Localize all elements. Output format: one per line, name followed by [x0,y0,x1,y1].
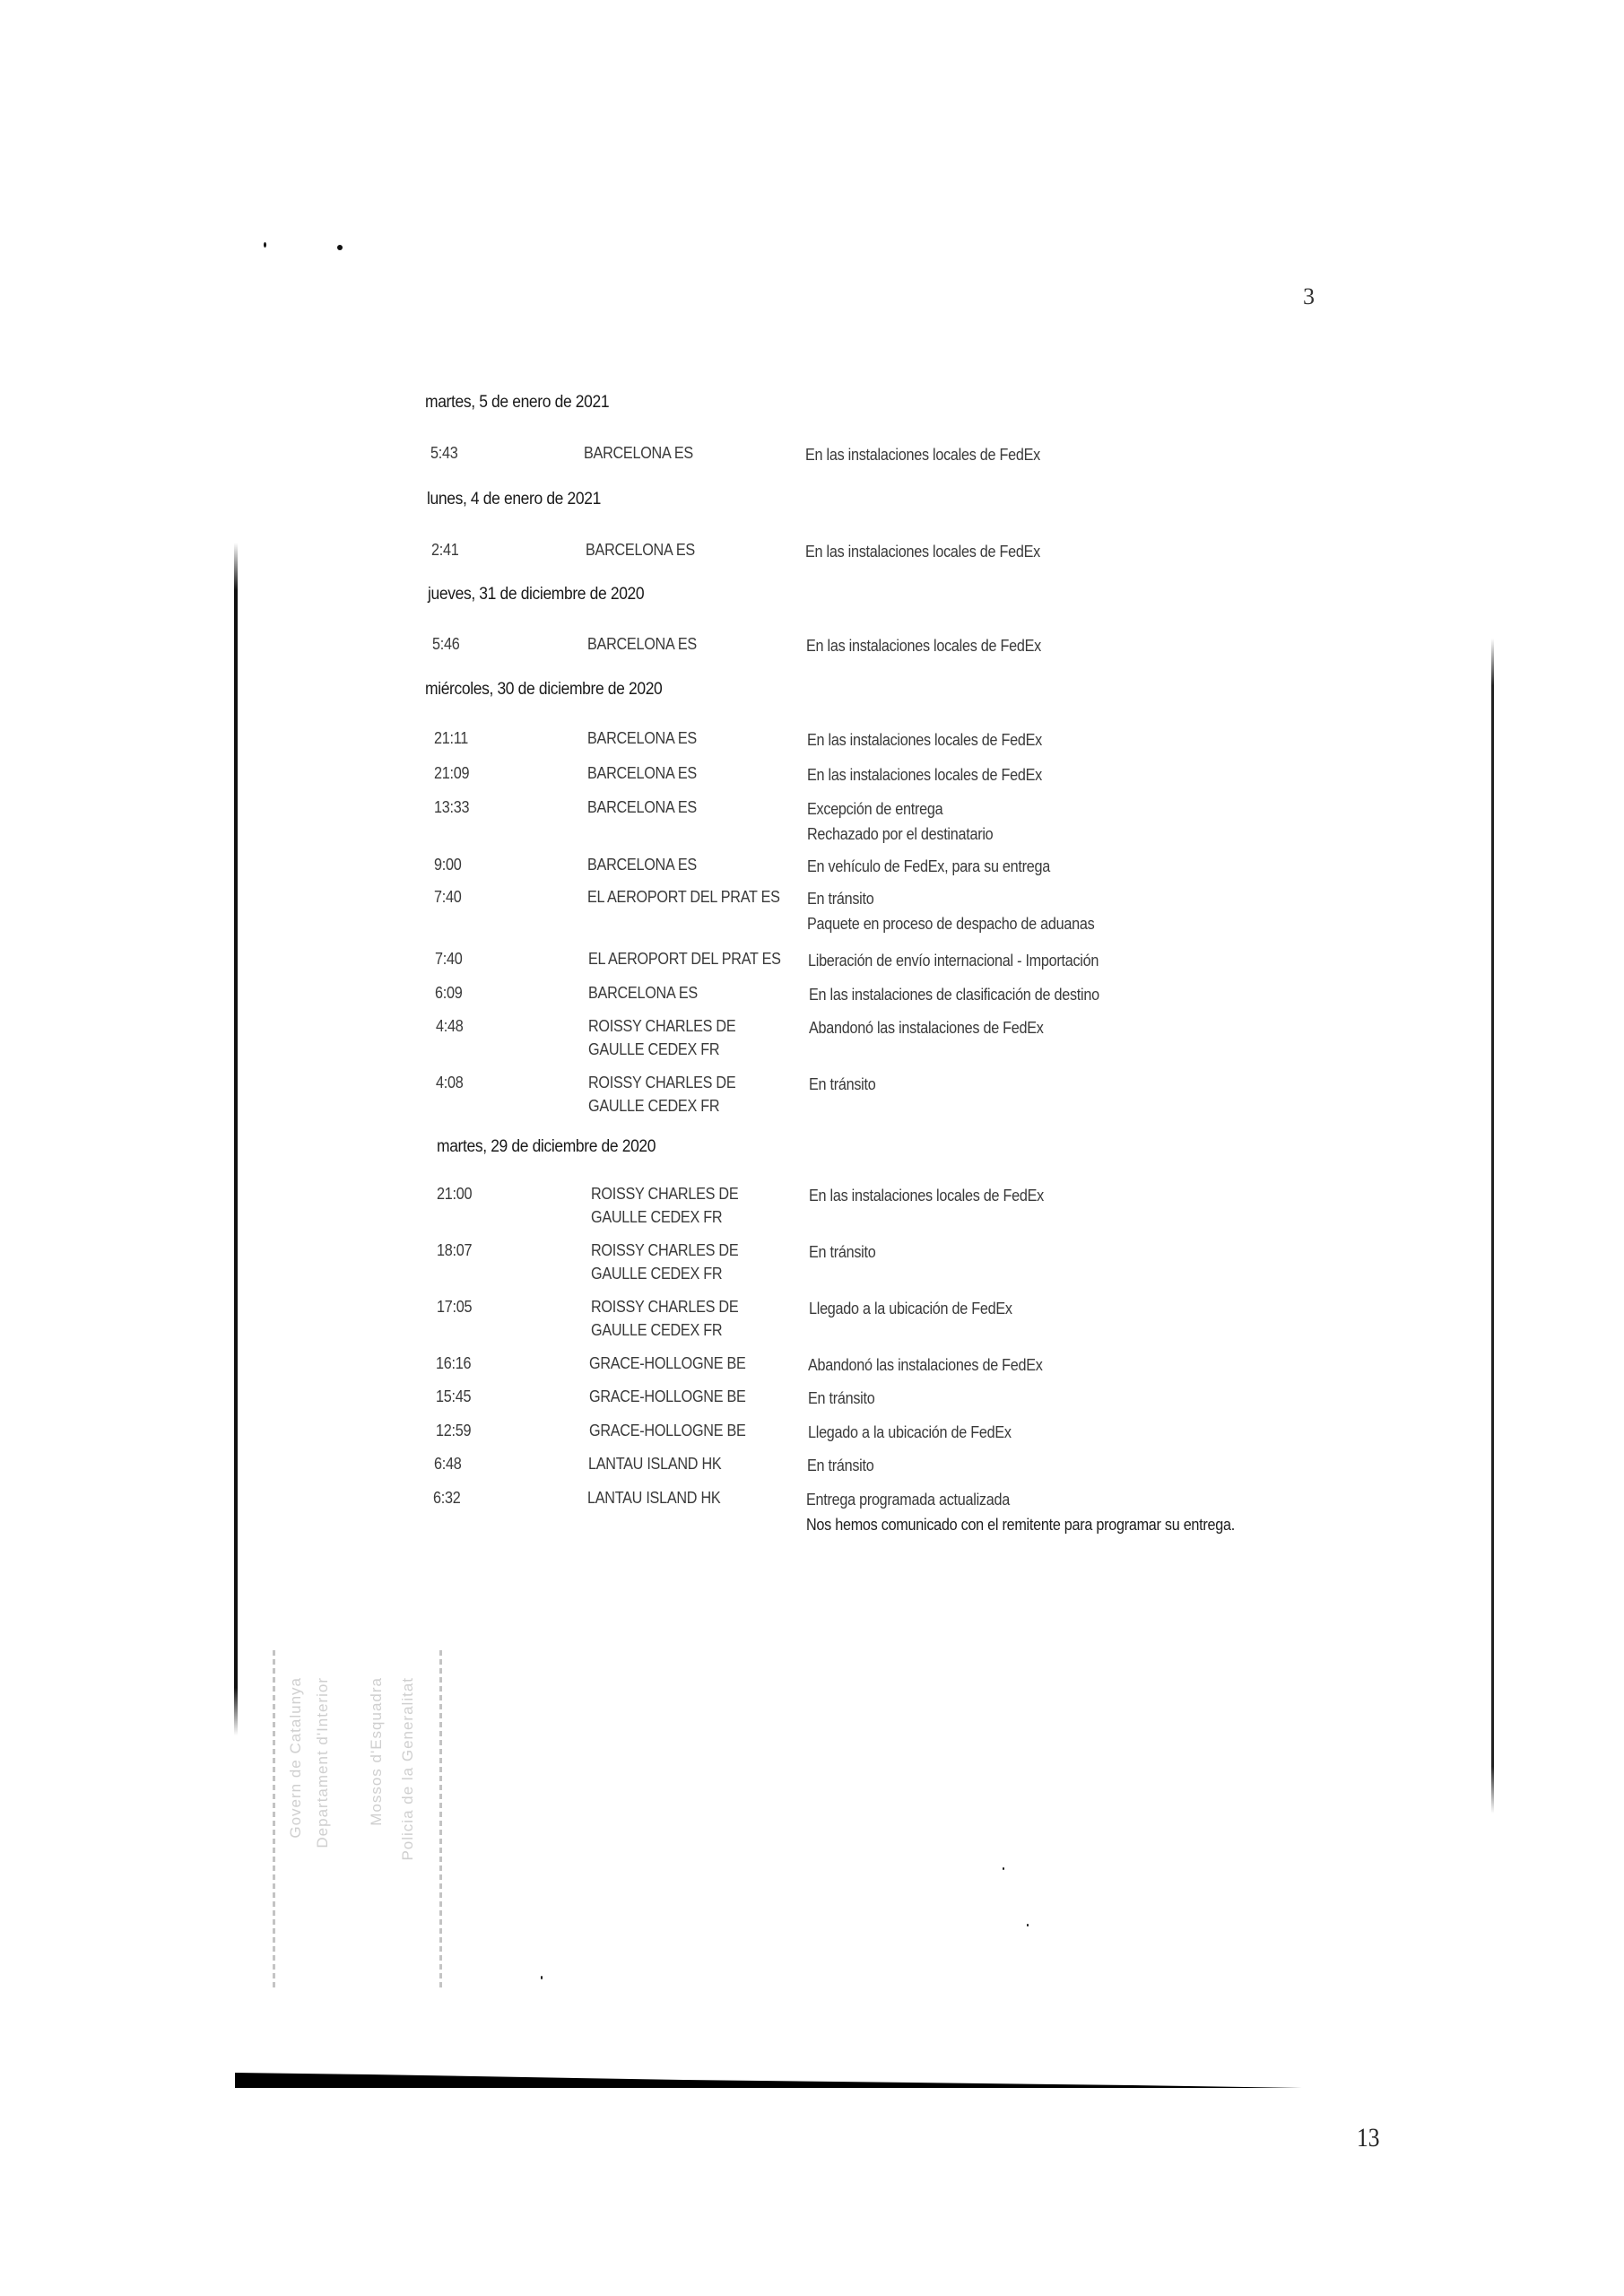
event-location: EL AEROPORT DEL PRAT ES [587,885,780,909]
event-time: 6:48 [434,1452,461,1475]
event-status: En las instalaciones locales de FedEx [807,728,1042,752]
event-location: BARCELONA ES [587,853,697,876]
event-time: 17:05 [437,1295,472,1318]
event-status: En tránsito [807,887,873,910]
date-heading: martes, 29 de diciembre de 2020 [437,1137,656,1157]
scan-speck [541,1976,543,1979]
event-time: 6:09 [435,981,462,1004]
event-status: En tránsito [808,1387,874,1410]
event-location: EL AEROPORT DEL PRAT ES [588,947,781,970]
scan-speck [1003,1867,1004,1870]
event-status: Llegado a la ubicación de FedEx [808,1421,1012,1444]
event-location: ROISSY CHARLES DE [588,1071,735,1094]
event-location: ROISSY CHARLES DE [591,1182,738,1205]
event-location: GAULLE CEDEX FR [588,1094,719,1118]
event-status: En las instalaciones de clasificación de… [809,983,1099,1006]
event-time: 4:48 [436,1014,463,1038]
stamp-line: Policia de la Generalitat [399,1677,417,1861]
stamp-border-left [273,1650,275,1991]
event-status: En tránsito [809,1240,875,1264]
event-status: Nos hemos comunicado con el remitente pa… [806,1513,1235,1536]
date-heading: martes, 5 de enero de 2021 [425,393,609,413]
event-location: ROISSY CHARLES DE [591,1295,738,1318]
event-time: 4:08 [436,1071,463,1094]
event-location: ROISSY CHARLES DE [588,1014,735,1038]
bottom-scan-bar [235,2073,1302,2091]
event-location: LANTAU ISLAND HK [587,1486,720,1509]
event-location: BARCELONA ES [586,538,695,561]
event-time: 7:40 [434,885,461,909]
event-time: 6:32 [433,1486,460,1509]
event-location: GRACE-HOLLOGNE BE [589,1419,746,1442]
stamp-border-right [439,1650,442,1991]
right-scan-border [1491,639,1494,1813]
event-time: 9:00 [434,853,461,876]
event-status: En tránsito [807,1454,873,1477]
scan-speck [1027,1924,1029,1926]
top-page-number: 3 [1303,283,1315,310]
event-location: BARCELONA ES [587,726,697,750]
event-location: GAULLE CEDEX FR [591,1205,722,1229]
date-heading: miércoles, 30 de diciembre de 2020 [425,680,662,700]
event-status: Entrega programada actualizada [806,1488,1010,1511]
event-time: 21:09 [434,761,469,785]
event-location: GAULLE CEDEX FR [588,1038,719,1061]
event-status: En las instalaciones locales de FedEx [809,1184,1044,1207]
event-location: BARCELONA ES [587,632,697,656]
event-location: BARCELONA ES [584,441,693,465]
event-status: En las instalaciones locales de FedEx [805,443,1040,466]
event-time: 2:41 [431,538,458,561]
event-time: 7:40 [435,947,462,970]
event-time: 13:33 [434,796,469,819]
event-location: BARCELONA ES [587,796,697,819]
event-location: LANTAU ISLAND HK [588,1452,721,1475]
event-status: En las instalaciones locales de FedEx [805,540,1040,563]
event-location: GRACE-HOLLOGNE BE [589,1385,746,1408]
event-location: GRACE-HOLLOGNE BE [589,1352,746,1375]
event-status: Rechazado por el destinatario [807,822,993,846]
stamp-line: Govern de Catalunya [287,1677,305,1839]
event-status: Liberación de envío internacional - Impo… [808,949,1099,972]
event-status: Excepción de entrega [807,797,942,821]
event-status: Llegado a la ubicación de FedEx [809,1297,1012,1320]
scan-speck [264,242,266,248]
event-status: En vehículo de FedEx, para su entrega [807,855,1050,878]
event-status: Abandonó las instalaciones de FedEx [808,1353,1043,1377]
event-status: En las instalaciones locales de FedEx [807,763,1042,787]
official-stamp: Govern de Catalunya Departament d'Interi… [269,1641,457,2000]
event-status: En las instalaciones locales de FedEx [806,634,1041,657]
event-location: GAULLE CEDEX FR [591,1262,722,1285]
event-time: 5:43 [430,441,457,465]
event-time: 16:16 [436,1352,471,1375]
bottom-page-number: 13 [1357,2123,1380,2153]
stamp-line: Mossos d'Esquadra [368,1677,386,1826]
stamp-line: Departament d'Interior [314,1677,332,1848]
event-time: 21:11 [434,726,468,750]
date-heading: lunes, 4 de enero de 2021 [427,490,601,509]
event-location: GAULLE CEDEX FR [591,1318,722,1342]
event-time: 15:45 [436,1385,471,1408]
date-heading: jueves, 31 de diciembre de 2020 [428,585,644,604]
event-time: 21:00 [437,1182,472,1205]
event-location: ROISSY CHARLES DE [591,1239,738,1262]
left-scan-border [234,543,238,1735]
event-time: 12:59 [436,1419,471,1442]
event-status: Abandonó las instalaciones de FedEx [809,1016,1044,1039]
event-status: Paquete en proceso de despacho de aduana… [807,912,1094,935]
scan-speck [337,245,343,250]
event-time: 18:07 [437,1239,472,1262]
event-location: BARCELONA ES [587,761,697,785]
event-time: 5:46 [432,632,459,656]
event-location: BARCELONA ES [588,981,698,1004]
event-status: En tránsito [809,1073,875,1096]
